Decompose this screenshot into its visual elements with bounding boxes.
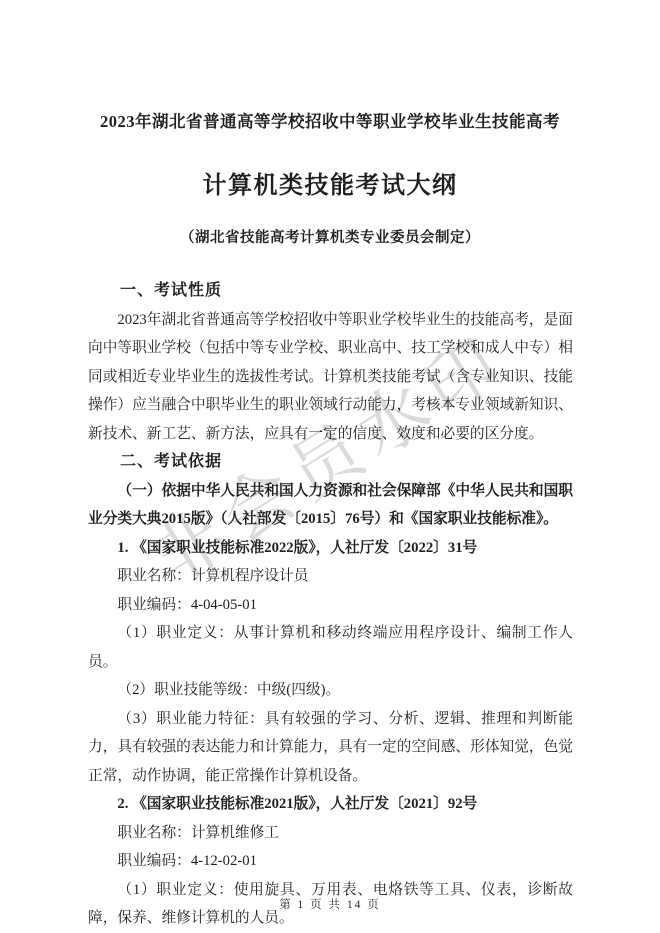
paragraph-standard-2021: 2. 《国家职业技能标准2021版》，人社厅发〔2021〕92号: [88, 790, 573, 819]
document-page: 非会员水印 2023年湖北省普通高等学校招收中等职业学校毕业生技能高考 计算机类…: [0, 0, 660, 933]
document-header: 2023年湖北省普通高等学校招收中等职业学校毕业生技能高考 计算机类技能考试大纲…: [0, 0, 660, 247]
section-heading-exam-nature: 一、考试性质: [88, 277, 573, 306]
paragraph-ability-traits-programmer: （3）职业能力特征：具有较强的学习、分析、逻辑、推理和判断能力，具有较强的表达能…: [88, 705, 573, 791]
doc-main-title: 计算机类技能考试大纲: [0, 172, 660, 200]
document-body: 2023年湖北省普通高等学校招收中等职业学校毕业生技能高考 计算机类技能考试大纲…: [0, 0, 660, 933]
doc-subtitle: （湖北省技能高考计算机类专业委员会制定）: [0, 230, 660, 247]
paragraph-occupation-code-repairer: 职业编码：4-12-02-01: [88, 847, 573, 876]
paragraph-standard-2022: 1. 《国家职业技能标准2022版》，人社厅发〔2022〕31号: [88, 534, 573, 563]
doc-kicker-line: 2023年湖北省普通高等学校招收中等职业学校毕业生技能高考: [0, 112, 660, 131]
paragraph-exam-nature: 2023年湖北省普通高等学校招收中等职业学校毕业生的技能高考，是面向中等职业学校…: [88, 306, 573, 449]
paragraph-occupation-code-programmer: 职业编码：4-04-05-01: [88, 591, 573, 620]
document-content: 一、考试性质 2023年湖北省普通高等学校招收中等职业学校毕业生的技能高考，是面…: [88, 277, 573, 933]
section-heading-exam-basis: 二、考试依据: [88, 448, 573, 477]
paragraph-skill-level-programmer: （2）职业技能等级：中级(四级)。: [88, 676, 573, 705]
page-number-footer: 第 1 页 共 14 页: [0, 896, 660, 912]
paragraph-occupation-name-repairer: 职业名称：计算机维修工: [88, 819, 573, 848]
paragraph-occupation-definition-programmer: （1）职业定义：从事计算机和移动终端应用程序设计、编制工作人员。: [88, 619, 573, 676]
paragraph-occupation-name-programmer: 职业名称：计算机程序设计员: [88, 562, 573, 591]
paragraph-basis-item-1: （一）依据中华人民共和国人力资源和社会保障部《中华人民共和国职业分类大典2015…: [88, 477, 573, 534]
